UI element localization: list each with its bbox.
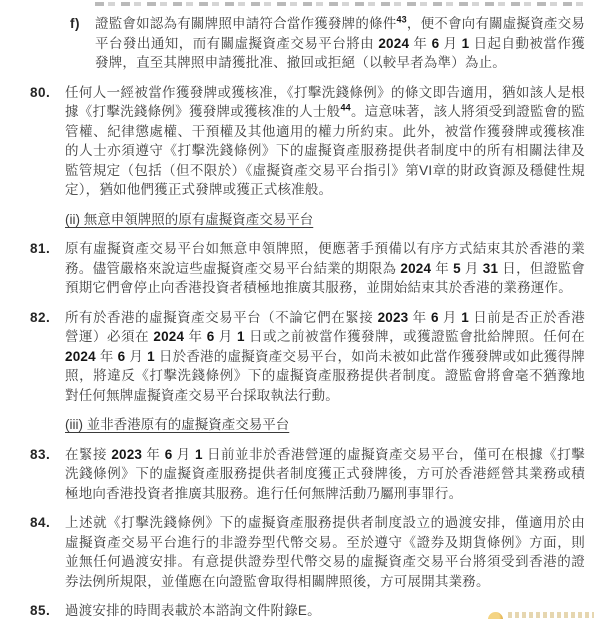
paragraph-number: 80. — [30, 83, 65, 103]
paragraph-82: 82. 所有於香港的虛擬資產交易平台（不論它們在緊接 2023 年 6 月 1 … — [0, 308, 600, 406]
paragraph-number: 85. — [30, 601, 65, 619]
footnote-ref-44: 44 — [340, 103, 350, 113]
clipped-text-remnant — [95, 2, 585, 6]
text-segment: 證監會如認為有關牌照申請符合當作獲發牌的條件 — [95, 16, 396, 31]
paragraph-text: 任何人一經被當作獲發牌或獲核准，《打擊洗錢條例》的條文即告適用，猶如該人是根據《… — [65, 83, 585, 200]
paragraph-83: 83. 在緊接 2023 年 6 月 1 日前並非於香港營運的虛擬資產交易平台，… — [0, 445, 600, 504]
paragraph-number: 83. — [30, 445, 65, 465]
paragraph-80: 80. 任何人一經被當作獲發牌或獲核准，《打擊洗錢條例》的條文即告適用，猶如該人… — [0, 83, 600, 200]
subitem-marker: f) — [70, 14, 95, 34]
subitem-f: f) 證監會如認為有關牌照申請符合當作獲發牌的條件43，便不會向有關虛擬資產交易… — [0, 14, 600, 73]
paragraph-text: 上述就《打擊洗錢條例》下的虛擬資產服務提供者制度設立的過渡安排，僅適用於由虛擬資… — [65, 513, 585, 591]
section-heading-text: (iii) 並非香港原有的虛擬資產交易平台 — [65, 415, 289, 435]
paragraph-number: 81. — [30, 239, 65, 259]
paragraph-number: 84. — [30, 513, 65, 533]
watermark-text-strip — [508, 612, 594, 618]
section-heading-iii: (iii) 並非香港原有的虛擬資產交易平台 — [0, 415, 600, 435]
paragraph-84: 84. 上述就《打擊洗錢條例》下的虛擬資產服務提供者制度設立的過渡安排，僅適用於… — [0, 513, 600, 591]
paragraph-text: 所有於香港的虛擬資產交易平台（不論它們在緊接 2023 年 6 月 1 日前是否… — [65, 308, 585, 406]
paragraph-text: 在緊接 2023 年 6 月 1 日前並非於香港營運的虛擬資產交易平台，僅可在根… — [65, 445, 585, 504]
paragraph-number: 82. — [30, 308, 65, 328]
watermark-fragment — [480, 604, 598, 619]
document-page: f) 證監會如認為有關牌照申請符合當作獲發牌的條件43，便不會向有關虛擬資產交易… — [0, 0, 600, 619]
section-heading-ii: (ii) 無意申領牌照的原有虛擬資產交易平台 — [0, 210, 600, 230]
paragraph-81: 81. 原有虛擬資產交易平台如無意申領牌照，便應著手預備以有序方式結束其於香港的… — [0, 239, 600, 298]
subitem-text: 證監會如認為有關牌照申請符合當作獲發牌的條件43，便不會向有關虛擬資產交易平台發… — [95, 14, 585, 73]
footnote-ref-43: 43 — [396, 15, 406, 25]
watermark-logo-icon — [488, 612, 503, 619]
paragraph-text: 原有虛擬資產交易平台如無意申領牌照，便應著手預備以有序方式結束其於香港的業務。儘… — [65, 239, 585, 298]
section-heading-text: (ii) 無意申領牌照的原有虛擬資產交易平台 — [65, 210, 313, 230]
